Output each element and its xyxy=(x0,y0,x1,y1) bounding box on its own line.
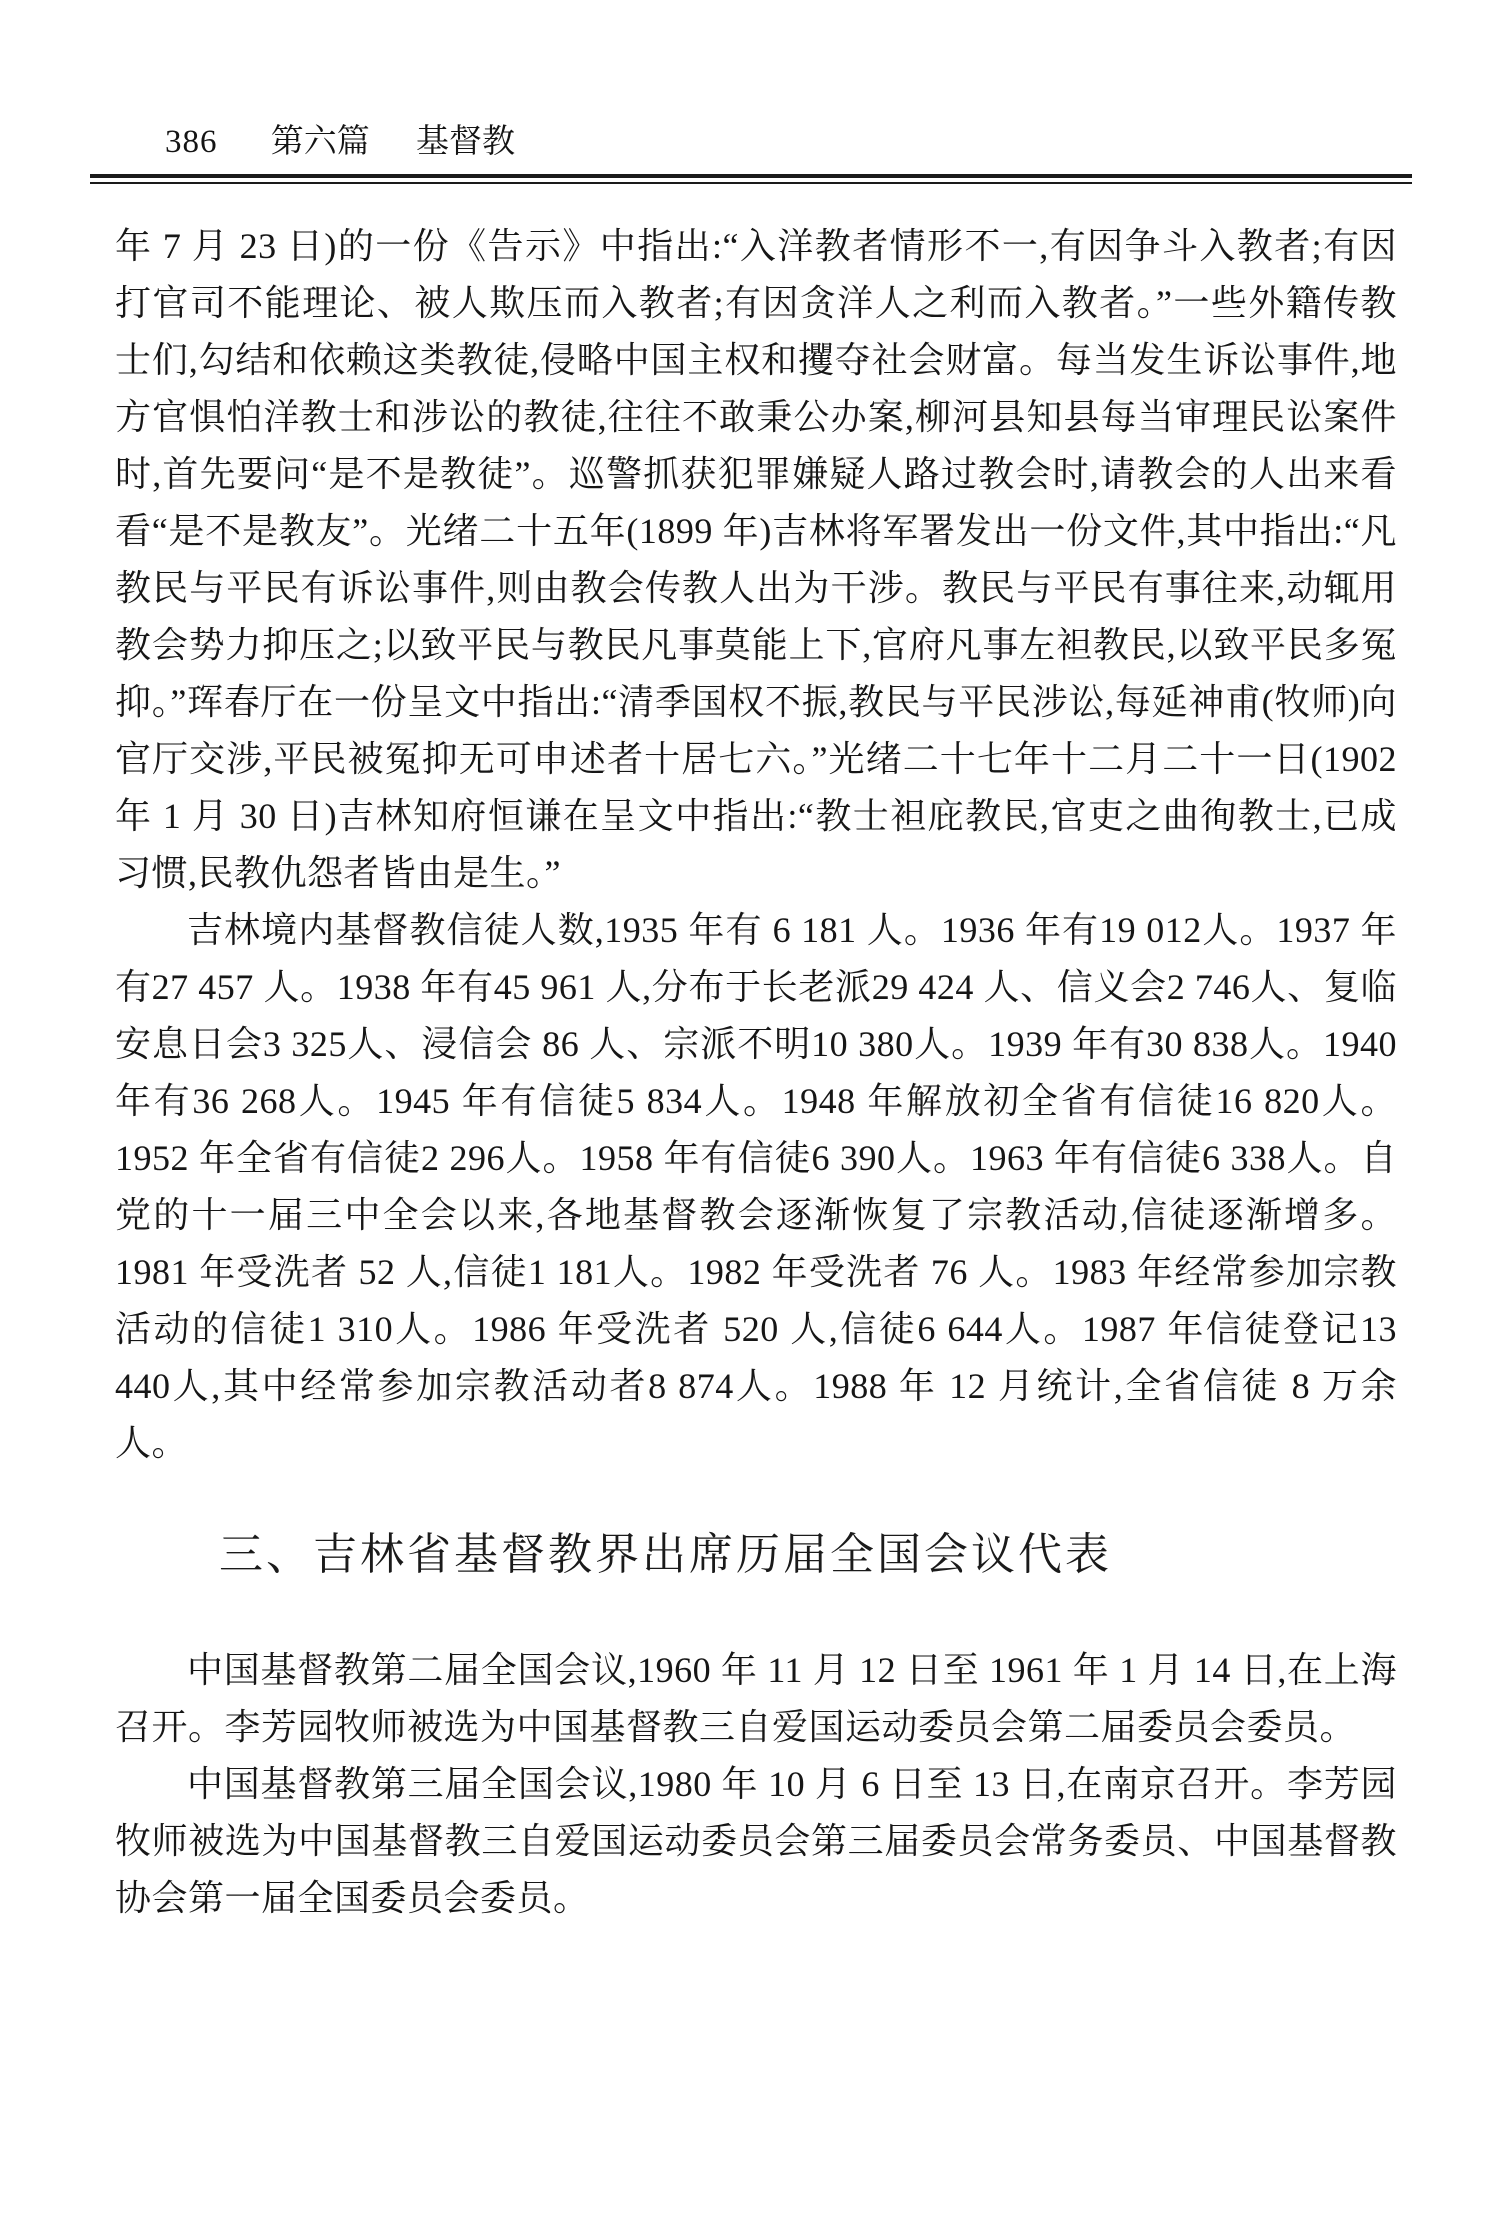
paragraph-second-national-conference: 中国基督教第二届全国会议,1960 年 11 月 12 日至 1961 年 1 … xyxy=(115,1642,1397,1756)
paragraph-believer-statistics: 吉林境内基督教信徒人数,1935 年有 6 181 人。1936 年有19 01… xyxy=(115,902,1397,1472)
page-number: 386 xyxy=(165,124,218,160)
section-heading: 三、吉林省基督教界出席历届全国会议代表 xyxy=(115,1524,1397,1586)
running-head: 386 第六篇 基督教 xyxy=(165,122,515,162)
part-title: 基督教 xyxy=(416,124,515,160)
paragraph-third-national-conference: 中国基督教第三届全国会议,1980 年 10 月 6 日至 13 日,在南京召开… xyxy=(115,1756,1397,1927)
header-double-rule xyxy=(90,174,1412,184)
part-label: 第六篇 xyxy=(271,124,370,160)
scanned-book-page: 386 第六篇 基督教 年 7 月 23 日)的一份《告示》中指出:“入洋教者情… xyxy=(0,0,1500,2218)
page-body: 年 7 月 23 日)的一份《告示》中指出:“入洋教者情形不一,有因争斗入教者;… xyxy=(115,218,1397,1927)
paragraph-continued: 年 7 月 23 日)的一份《告示》中指出:“入洋教者情形不一,有因争斗入教者;… xyxy=(115,218,1397,902)
